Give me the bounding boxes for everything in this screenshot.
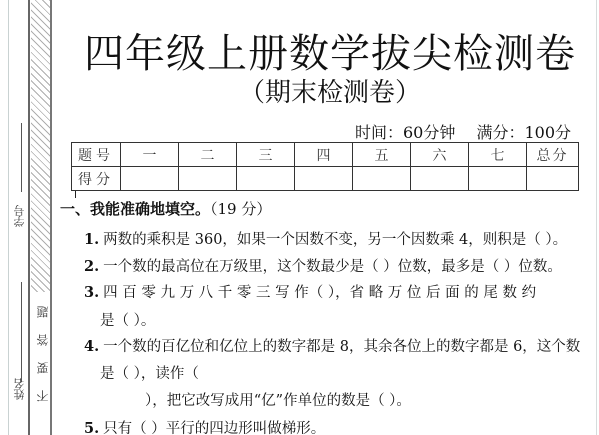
score-cell[interactable] — [237, 167, 295, 191]
row-label-score: 得分 — [72, 167, 121, 191]
question-2: 2.一个数的最高位在万级里，这个数最少是（ ）位数，最多是（ ）位数。 — [84, 255, 562, 276]
question-text: 一个数的百亿位和亿位上的数字都是 8，其余各位上的数字都是 6，这个数 — [103, 339, 580, 355]
question-number: 3. — [84, 284, 99, 301]
question-3: 3.四 百 零 九 万 八 千 零 三 写 作（ ），省 略 万 位 后 面 的… — [84, 281, 536, 302]
score-cell-total[interactable] — [527, 167, 579, 191]
column-header-total: 总分 — [527, 143, 579, 167]
question-number: 2. — [84, 258, 99, 275]
exam-meta: 时间：60分钟 满分：100分 — [355, 120, 571, 143]
column-header: 五 — [353, 143, 411, 167]
score-table-score-row: 得分 — [72, 167, 579, 191]
column-header: 三 — [237, 143, 295, 167]
question-4-continuation-2: ），把它改写成用“亿”作单位的数是（ ）。 — [145, 389, 411, 410]
score-cell[interactable] — [411, 167, 469, 191]
question-text: 四 百 零 九 万 八 千 零 三 写 作（ ），省 略 万 位 后 面 的 尾… — [103, 285, 536, 301]
binding-hatch-area — [31, 0, 50, 292]
no-answer-warning: 不要答题 — [34, 290, 51, 402]
score-cell[interactable] — [179, 167, 237, 191]
column-header: 四 — [295, 143, 353, 167]
question-4-continuation-1: 是（ ），读作（ — [100, 362, 199, 383]
column-header: 一 — [121, 143, 179, 167]
score-cell[interactable] — [469, 167, 527, 191]
question-4: 4.一个数的百亿位和亿位上的数字都是 8，其余各位上的数字都是 6，这个数 — [84, 335, 580, 356]
score-cell[interactable] — [295, 167, 353, 191]
question-5: 5.只有（ ）平行的四边形叫做梯形。 — [84, 417, 325, 435]
score-cell[interactable] — [353, 167, 411, 191]
name-label: 姓名 — [12, 378, 28, 400]
score-table-header-row: 题号 一 二 三 四 五 六 七 总分 — [72, 143, 579, 167]
student-id-name-underline[interactable] — [21, 282, 22, 382]
section-points: （19 分） — [210, 200, 271, 218]
question-number: 5. — [84, 420, 99, 435]
column-header: 二 — [179, 143, 237, 167]
student-id-label: 学号 — [12, 205, 28, 227]
binding-strip-line-left — [28, 0, 30, 435]
binding-strip-outer-border — [8, 0, 9, 435]
question-text: 两数的乘积是 360，如果一个因数不变，另一个因数乘 4，则积是（ ）。 — [103, 232, 567, 248]
section-title: 一、我能准确地填空。 — [60, 200, 210, 218]
question-1: 1.两数的乘积是 360，如果一个因数不变，另一个因数乘 4，则积是（ ）。 — [84, 228, 567, 249]
student-id-underline-top — [21, 123, 22, 192]
section-heading: 一、我能准确地填空。（19 分） — [60, 198, 271, 219]
margin-tick-mark — [75, 190, 76, 198]
full-score: 满分：100分 — [476, 123, 571, 142]
question-number: 4. — [84, 338, 99, 355]
question-text: 只有（ ）平行的四边形叫做梯形。 — [103, 421, 325, 435]
score-table: 题号 一 二 三 四 五 六 七 总分 得分 — [71, 142, 579, 191]
page-title: 四年级上册数学拔尖检测卷 — [60, 22, 599, 79]
row-label-question-number: 题号 — [72, 143, 121, 167]
time-limit: 时间：60分钟 — [355, 123, 455, 142]
column-header: 六 — [411, 143, 469, 167]
question-3-continuation: 是（ ）。 — [100, 309, 155, 330]
page-subtitle: （期末检测卷） — [60, 72, 599, 109]
score-cell[interactable] — [121, 167, 179, 191]
column-header: 七 — [469, 143, 527, 167]
question-number: 1. — [84, 231, 99, 248]
question-text: 一个数的最高位在万级里，这个数最少是（ ）位数，最多是（ ）位数。 — [103, 259, 562, 275]
